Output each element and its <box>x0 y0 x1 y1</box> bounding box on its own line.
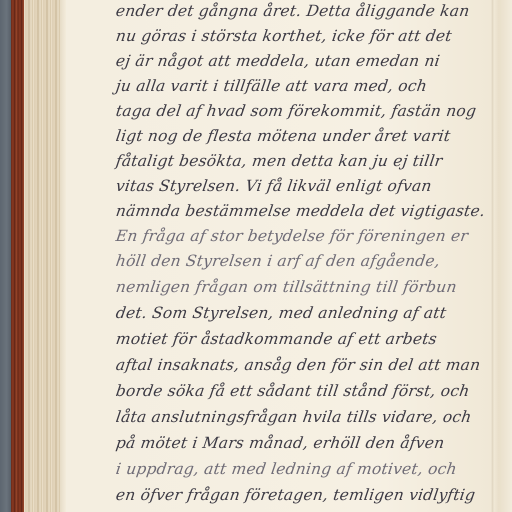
text-line: borde söka få ett sådant till stånd förs… <box>115 382 471 400</box>
manuscript-page: ender det gångna året. Detta åliggande k… <box>66 0 512 512</box>
text-line: aftal insaknats, ansåg den för sin del a… <box>115 356 482 374</box>
text-line: ligt nog de flesta mötena under året var… <box>115 127 452 145</box>
book-spine-leather <box>11 0 24 512</box>
text-line: ju alla varit i tillfälle att vara med, … <box>115 77 429 95</box>
text-line: nämnda bestämmelse meddela det vigtigast… <box>115 202 487 220</box>
text-line: motiet för åstadkommande af ett arbets <box>115 330 438 348</box>
page-fold <box>491 0 494 512</box>
text-line: i uppdrag, att med ledning af motivet, o… <box>115 460 458 478</box>
text-line: taga del af hvad som förekommit, fastän … <box>115 102 478 120</box>
text-line: fåtaligt besökta, men detta kan ju ej ti… <box>115 152 444 170</box>
text-line: på mötet i Mars månad, erhöll den åfven <box>115 434 446 452</box>
text-line: En fråga af stor betydelse för föreninge… <box>115 227 470 245</box>
text-line: nu göras i största korthet, icke för att… <box>115 27 453 45</box>
text-line: en öfver frågan företagen, temligen vidl… <box>115 486 477 504</box>
text-line: nemligen frågan om tillsättning till för… <box>115 278 458 296</box>
text-line: vitas Styrelsen. Vi få likväl enligt ofv… <box>115 177 433 195</box>
text-line: höll den Styrelsen i arf af den afgående… <box>115 252 441 270</box>
text-line: det. Som Styrelsen, med anledning af att <box>115 304 448 322</box>
text-line: låta anslutningsfrågan hvila tills vidar… <box>115 408 473 426</box>
page-stack-edges <box>24 0 60 512</box>
text-line: ender det gångna året. Detta åliggande k… <box>115 2 471 20</box>
book-cover-edge <box>0 0 11 512</box>
text-line: ej är något att meddela, utan emedan ni <box>115 52 441 70</box>
